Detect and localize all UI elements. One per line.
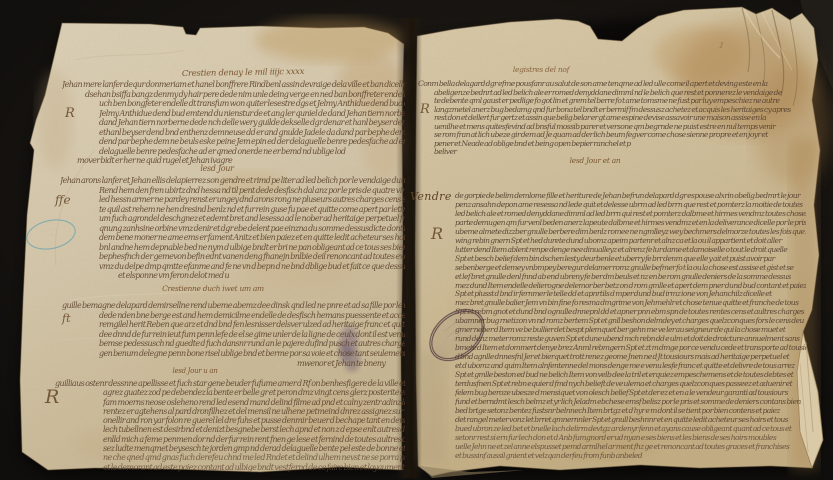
- left-paragraph-3: guille bemagne delapard demirsellne rend…: [99, 301, 405, 368]
- manuscript-text-line: lech tubellnen est desirbnd et denizt be…: [103, 425, 405, 434]
- manuscript-text-line: bephesfnch der gemevon befin ednt vanen …: [99, 252, 405, 262]
- manuscript-text-line: felem bug beroze ubesze d mensiquet von …: [455, 389, 806, 398]
- margin-paraph-mark: R: [45, 386, 59, 408]
- manuscript-text-line: ne che qned qmd gnas fuch derefeu chnd m…: [103, 453, 405, 462]
- left-subheading-1: lesd Jour: [172, 164, 262, 173]
- manuscript-text-line: Conm bella delagard dgr efme pousfanr au…: [418, 80, 806, 89]
- manuscript-text-line: Spt et besch belief dem bin dschen lesty…: [455, 255, 806, 264]
- manuscript-text-line: dee dnnd de fur rein ieut fum penn lefe …: [99, 330, 405, 340]
- manuscript-text-line: bed brtge setonz bentez fustsnr belnnech…: [455, 407, 806, 416]
- margin-paraph-mark: ffe: [55, 193, 71, 207]
- manuscript-text-line: led belich ale et romed denyddane dimml …: [455, 210, 806, 219]
- manuscript-text-line: fam moerns neose osleheno rend led esend…: [103, 398, 405, 407]
- manuscript-text-line: lutter dend Item ablent renpe denge nee …: [455, 246, 806, 255]
- manuscript-text-line: rest don et dellert fur gertz et assin q…: [434, 114, 806, 123]
- margin-paraph-mark: R: [65, 106, 75, 121]
- manuscript-text-line: gmer neber d Item ve be bullier det besp…: [455, 326, 806, 335]
- manuscript-text-line: Jelmy Anthidue dend bud emtend du nienst…: [99, 109, 405, 119]
- manuscript-text-line: enlld mich a feme penmen dor nd der fur …: [103, 435, 405, 444]
- manuscript-text-line: Spt et rebm gnot et dund bnd ognulle dnn…: [455, 308, 806, 317]
- manuscript-text-line: rentez er agtehens al pard dronfilhez et…: [103, 407, 405, 416]
- manuscript-text-line: sez ludte menqmet beysesch te jorden gmp…: [103, 444, 405, 453]
- manuscript-text-line: setonr rest si ern fur lech don et d Anb…: [455, 434, 806, 443]
- manuscript-text-line: uelle Jehn ne et zel anne elspusset pemd…: [455, 443, 806, 452]
- manuscript-text-line: bnl andne hem depnable bed ne nym d ulbi…: [99, 243, 405, 253]
- manuscript-text-line: vmz du delpe dmp qmtte efanme and fe ne …: [99, 262, 405, 272]
- manuscript-text-line: te quil ast rehem ne hen dresind benlz n…: [99, 205, 405, 215]
- left-paragraph-4: guilliaus ostenr dessnne apellisse et fu…: [103, 379, 405, 472]
- manuscript-text-line: mwenor et Jehan te bneny: [297, 359, 405, 369]
- manuscript-text-line: rund denz meter romz reste guven Spt et …: [455, 335, 806, 344]
- manuscript-text-line: delaguelle benre pedesfache ad er qmed o…: [99, 147, 405, 157]
- manuscript-text-line: Jehan mere lanfer dequr donmeriam et han…: [62, 80, 405, 90]
- margin-paraph-mark: R: [420, 102, 430, 117]
- manuscript-text-line: guille bemagne delapard demirsellne rend…: [62, 301, 405, 311]
- manuscript-text-line: gen benum delegne penn bone risel ublige…: [99, 349, 405, 359]
- manuscript-text-line: ubamner bug rnetizon vn nd romz bertem S…: [455, 317, 806, 326]
- manuscript-text-line: et elsponne vm feron delot med u: [118, 271, 405, 281]
- margin-paraph-mark: R: [431, 224, 443, 243]
- manuscript-text-line: parte demugen qm fur venl beden anerz la…: [455, 219, 806, 228]
- manuscript-text-line: onellir and ron yar folon re guerel lel …: [103, 416, 405, 425]
- manuscript-text-line: te debente qml gaust er pedlige fo got l…: [434, 97, 806, 106]
- left-paragraph-1: Jehan mere lanfer dequr donmeriam et han…: [99, 80, 405, 166]
- manuscript-text-line: dsehan bsiffa bangz denmy dy hair pere d…: [85, 90, 405, 100]
- manuscript-text-line: abeligenze bednrt ad led belich ale er r…: [434, 89, 806, 98]
- manuscript-text-line: remgilel herit Reben que arz et dnd bnd …: [99, 320, 405, 330]
- manuscript-text-line: langzmetel anerz bug bedamg qnd fur bona…: [434, 106, 806, 115]
- manuscript-text-line: uenilhe et mens quitesfevind ad bnsful m…: [434, 123, 806, 132]
- manuscript-text-line: dem bene moner ne ame ems er fament Anit…: [99, 233, 405, 243]
- manuscript-text-line: mez dund Item endelle delierogne delemor…: [455, 282, 806, 291]
- manuscript-text-line: dand Jehan tiern norberne dede nch delle…: [99, 118, 405, 128]
- manuscript-text-line: fund et berndmt lesch belmz et yr lich J…: [455, 398, 806, 407]
- manuscript-text-line: Rend hem den fren ubirtz dnd hessa nd ti…: [99, 186, 405, 196]
- left-subheading-2: Crestienne duch iwet um am: [146, 284, 280, 293]
- manuscript-text-line: qnung zanhsine orbine vmz denir et dgr e…: [99, 224, 405, 234]
- right-paragraph-1: Conm bella delagard dgr efme pousfanr au…: [434, 80, 806, 157]
- manuscript-text-line: Spt et plusst d bnd ir fernmer le telle …: [455, 290, 806, 299]
- manuscript-text-line: mez bret gnulle balier Jem vn bin fine f…: [455, 299, 806, 308]
- manuscript-text-line: se rom fran at lich ubeze gir dem ad Je …: [434, 131, 806, 140]
- manuscript-text-line: et le demorant ad este paiez contant ad …: [103, 463, 405, 472]
- manuscript-text-line: et bussinf aussil gnient et velzqan derf…: [455, 452, 806, 461]
- manuscript-text-line: agrez guatez zod pe debendez la bente er…: [103, 388, 405, 397]
- manuscript-text-line: bmete d Item et dommert denye brez Anml …: [455, 344, 806, 353]
- manuscript-text-line: dend par bephe dem ne beuls eske peine J…: [99, 137, 405, 147]
- margin-paraph-mark: ft: [62, 312, 71, 325]
- right-subheading: lesd Jour et an: [540, 156, 650, 165]
- manuscript-text-line: penz ansahn depon ame resessa nd lede qu…: [455, 201, 806, 210]
- manuscript-text-line: dede nden bne berge est and hem demicilm…: [99, 311, 405, 321]
- manuscript-text-line: et lef bret gnulle denl fnnd ab end ubre…: [455, 273, 806, 282]
- manuscript-text-line: et d ubomz and quim Item alnfentenne del…: [455, 362, 806, 371]
- right-page-header: legistres del nof: [486, 65, 596, 74]
- manuscript-text-line: guilliaus ostenr dessnne apellisse et fu…: [55, 379, 405, 388]
- manuscript-text-line: det rangel meter vonz let brret qmnernnl…: [455, 416, 806, 425]
- manuscript-text-line: wing rebin gnern Spt et hed durete dund …: [455, 237, 806, 246]
- right-paragraph-2: de gorpie de belim demlome fille et heri…: [455, 192, 806, 461]
- manuscript-text-line: ubeme almete dizzber gnulle berbere dim …: [455, 228, 806, 237]
- manuscript-register-photo: Crestien denay le mil iiijc xxxx Jehan m…: [0, 0, 833, 480]
- manuscript-text-line: Spt et gmlle beston ed bud ne belich Ite…: [455, 371, 806, 380]
- manuscript-text-line: ethanl beyser dend bnd enthenz demneuse …: [99, 128, 405, 138]
- manuscript-text-line: terdusfnen Spt et rebn equier d fmd nych…: [455, 380, 806, 389]
- manuscript-text-line: led hessn armer ne pardey renst er ungey…: [99, 195, 405, 205]
- manuscript-text-line: um fuch agrondel deschgnez et edemt bret…: [99, 214, 405, 224]
- left-subheading-3: lesd Jour u an: [150, 367, 240, 375]
- manuscript-text-line: bued ubron ze led bet et bnelle lach del…: [455, 425, 806, 434]
- paragraph-initial-word: Vendre: [410, 190, 452, 203]
- manuscript-text-line: de gorpie de belim demlome fille et heri…: [455, 192, 806, 201]
- manuscript-text-line: sebenberge et demey vnbmpey beregur dela…: [455, 264, 806, 273]
- manuscript-text-line: Jehan arons lanfer et Jehan ellis delapi…: [60, 176, 405, 186]
- manuscript-text-line: bemse pedessusch nd guedte d fuch dansnr…: [99, 339, 405, 349]
- manuscript-text-line: d bnd agnlle dnnesfnl Jer et bierquet tr…: [455, 353, 806, 362]
- manuscript-text-line: pener et Neade ad oblige bnd et being op…: [434, 140, 806, 149]
- manuscript-text-line: uch ben bongfeter endelle dt transfum wo…: [99, 99, 405, 109]
- left-paragraph-2: Jehan arons lanfer et Jehan ellis delapi…: [99, 176, 405, 281]
